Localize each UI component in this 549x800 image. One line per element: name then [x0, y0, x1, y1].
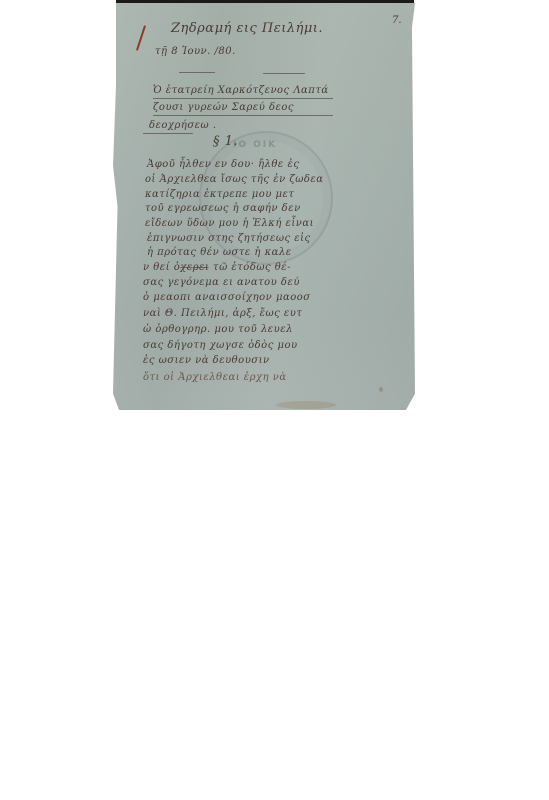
- underline: [143, 133, 193, 134]
- body-line: ναὶ Θ. Πειλήμι, ἀρξ, ἔως ευτ: [143, 308, 302, 319]
- body-line: Ἀφοῦ ἦλθεν εν δου· ἤλθε ἐς: [147, 159, 299, 170]
- header-title: Ζηδραμή εις Πειλήμι.: [171, 21, 323, 36]
- paper-stain: [276, 401, 336, 409]
- body-line: κατίζηρια ἐκτρεπε μου μετ: [145, 189, 294, 200]
- subject-line: ζουσι γυρεών Σαρεύ δεος: [153, 102, 294, 113]
- body-line: σας δήγοτη χωγσε ὀδὸς μου: [143, 340, 298, 351]
- body-line: ν θεί ὀχ̶ε̶ρ̶ε̶ι̶ τῶ ἑτόδως θέ-: [143, 262, 291, 273]
- body-line: ὅτι οἱ Ἀρχιελθεαι ἐρχη νὰ: [143, 372, 287, 383]
- divider: [263, 73, 305, 74]
- section-mark: § 1.: [213, 134, 238, 149]
- body-line: ὡ ὀρθογρηρ. μου τοῦ λευελ: [143, 324, 293, 335]
- subject-line: Ὁ ἑτατρείη Χαρκότζενος Λαπτά: [153, 85, 329, 96]
- underline: [153, 115, 333, 116]
- divider: [179, 72, 215, 73]
- stamp-text: ΙΟ ΟΙΚ: [233, 140, 277, 150]
- body-line: ἡ πρότας θέν ωστε ἡ καλε: [147, 247, 292, 258]
- body-line: οἱ Ἀρχιελθεα ἴσως τῆς ἐν ζωδεα: [145, 174, 324, 185]
- body-line: τοῦ εγρεωσεως ἡ σαφήν δεν: [145, 203, 301, 214]
- manuscript-page: ΙΟ ΟΙΚ 7. Ζηδραμή εις Πειλήμι. τῇ 8 Ἰουν…: [113, 3, 415, 410]
- paper-stain: [379, 387, 383, 392]
- page-number: 7.: [392, 15, 402, 26]
- subject-line: δεοχρήσεω .: [149, 120, 217, 131]
- header-date: τῇ 8 Ἰουν. /80.: [155, 46, 236, 57]
- body-line: σας γεγόνεμα ει ανατου δεύ: [143, 277, 300, 288]
- underline: [153, 98, 333, 99]
- body-line: ἐπιγνωσιν στης ζητήσεως εἰς: [147, 233, 311, 244]
- body-line: ἐς ωσιεν νὰ δευθουσιν: [143, 355, 270, 366]
- body-line: εἴδεων ὕδων μου ἡ Ἑλκή εἶναι: [145, 218, 314, 229]
- body-line: ὁ μεαοπι αναισσοίχηον μαοοσ: [143, 292, 311, 303]
